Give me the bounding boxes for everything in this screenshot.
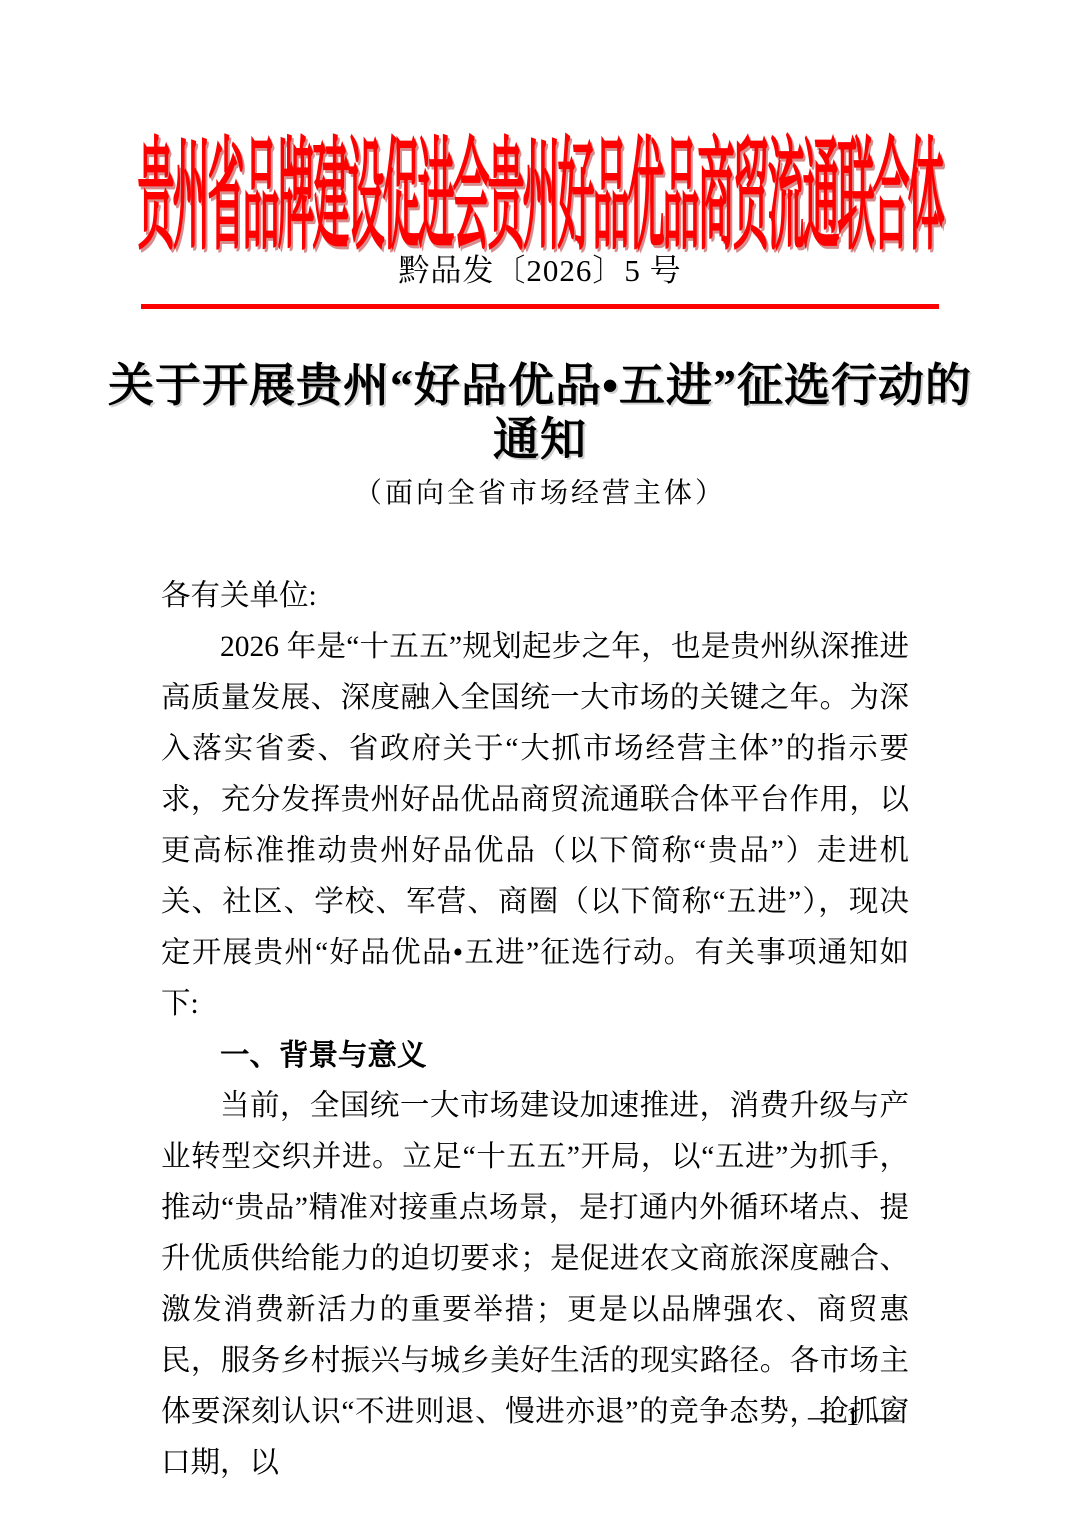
document-title: 关于开展贵州“好品优品•五进”征选行动的 通知 bbox=[0, 359, 1080, 467]
section-heading-background-significance: 一、背景与意义 bbox=[161, 1030, 909, 1081]
masthead-divider-rule bbox=[141, 304, 939, 309]
title-block: 关于开展贵州“好品优品•五进”征选行动的 通知 （面向全省市场经营主体） bbox=[0, 359, 1080, 511]
paragraph-background: 当前，全国统一大市场建设加速推进，消费升级与产业转型交织并进。立足“十五五”开局… bbox=[161, 1081, 909, 1489]
document-body: 各有关单位: 2026 年是“十五五”规划起步之年，也是贵州纵深推进高质量发展、… bbox=[161, 571, 909, 1489]
document-title-line1: 关于开展贵州“好品优品•五进”征选行动的 bbox=[0, 359, 1080, 413]
masthead-org-title: 贵州省品牌建设促进会贵州好品优品商贸流通联合体 bbox=[138, 96, 943, 274]
document-title-line2: 通知 bbox=[0, 413, 1080, 467]
masthead-org-title-row: 贵州省品牌建设促进会贵州好品优品商贸流通联合体 bbox=[0, 128, 1080, 242]
official-document-page: 贵州省品牌建设促进会贵州好品优品商贸流通联合体 黔品发〔2026〕5 号 关于开… bbox=[0, 0, 1080, 1527]
document-subtitle: （面向全省市场经营主体） bbox=[0, 477, 1080, 511]
salutation: 各有关单位: bbox=[161, 571, 909, 622]
page-number: — 1 — bbox=[808, 1400, 899, 1432]
document-masthead: 贵州省品牌建设促进会贵州好品优品商贸流通联合体 黔品发〔2026〕5 号 bbox=[0, 128, 1080, 309]
paragraph-intro: 2026 年是“十五五”规划起步之年，也是贵州纵深推进高质量发展、深度融入全国统… bbox=[161, 622, 909, 1030]
